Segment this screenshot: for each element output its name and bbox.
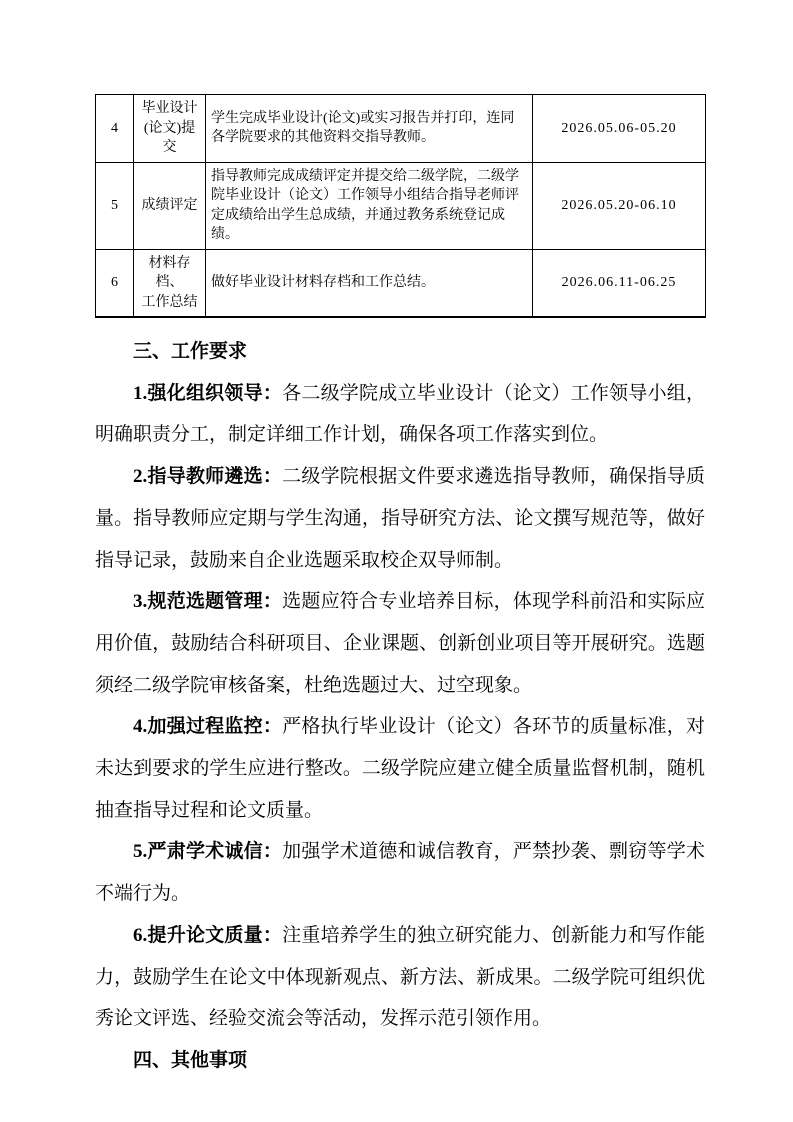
section-heading-four: 四、其他事项 [95,1040,705,1082]
section-heading-three: 三、工作要求 [95,331,705,373]
row-number-cell: 6 [96,249,134,317]
item-lead: 3.规范选题管理： [133,591,282,612]
date-range-cell: 2026.06.11-06.25 [533,249,706,317]
table-row: 4 毕业设计 (论文)提交 学生完成毕业设计(论文)或实习报告并打印，连同各学院… [96,95,706,163]
description-cell: 做好毕业设计材料存档和工作总结。 [206,249,533,317]
date-range-cell: 2026.05.06-05.20 [533,95,706,163]
item-lead: 1.强化组织领导： [133,383,282,404]
stage-cell: 材料存档、 工作总结 [134,249,206,317]
document-page: 4 毕业设计 (论文)提交 学生完成毕业设计(论文)或实习报告并打印，连同各学院… [0,0,793,1122]
document-body: 三、工作要求 1.强化组织领导：各二级学院成立毕业设计（论文）工作领导小组，明确… [95,331,705,1082]
work-requirement-item: 2.指导教师遴选：二级学院根据文件要求遴选指导教师，确保指导质量。指导教师应定期… [95,456,705,581]
schedule-table: 4 毕业设计 (论文)提交 学生完成毕业设计(论文)或实习报告并打印，连同各学院… [95,94,706,318]
item-lead: 5.严肃学术诚信： [133,841,282,862]
work-requirement-item: 6.提升论文质量：注重培养学生的独立研究能力、创新能力和写作能力，鼓励学生在论文… [95,915,705,1040]
date-range-cell: 2026.05.20-06.10 [533,162,706,249]
description-cell: 指导教师完成成绩评定并提交给二级学院，二级学院毕业设计（论文）工作领导小组结合指… [206,162,533,249]
row-number-cell: 4 [96,95,134,163]
work-requirement-item: 5.严肃学术诚信：加强学术道德和诚信教育，严禁抄袭、剽窃等学术不端行为。 [95,831,705,914]
description-cell: 学生完成毕业设计(论文)或实习报告并打印，连同各学院要求的其他资料交指导教师。 [206,95,533,163]
table-row: 5 成绩评定 指导教师完成成绩评定并提交给二级学院，二级学院毕业设计（论文）工作… [96,162,706,249]
stage-cell: 毕业设计 (论文)提交 [134,95,206,163]
work-requirement-item: 1.强化组织领导：各二级学院成立毕业设计（论文）工作领导小组，明确职责分工，制定… [95,373,705,456]
table-row: 6 材料存档、 工作总结 做好毕业设计材料存档和工作总结。 2026.06.11… [96,249,706,317]
stage-cell: 成绩评定 [134,162,206,249]
work-requirement-item: 3.规范选题管理：选题应符合专业培养目标，体现学科前沿和实际应用价值，鼓励结合科… [95,581,705,706]
item-lead: 6.提升论文质量： [133,925,282,946]
item-lead: 4.加强过程监控： [133,716,282,737]
work-requirement-item: 4.加强过程监控：严格执行毕业设计（论文）各环节的质量标准，对未达到要求的学生应… [95,706,705,831]
item-lead: 2.指导教师遴选： [133,466,282,487]
row-number-cell: 5 [96,162,134,249]
